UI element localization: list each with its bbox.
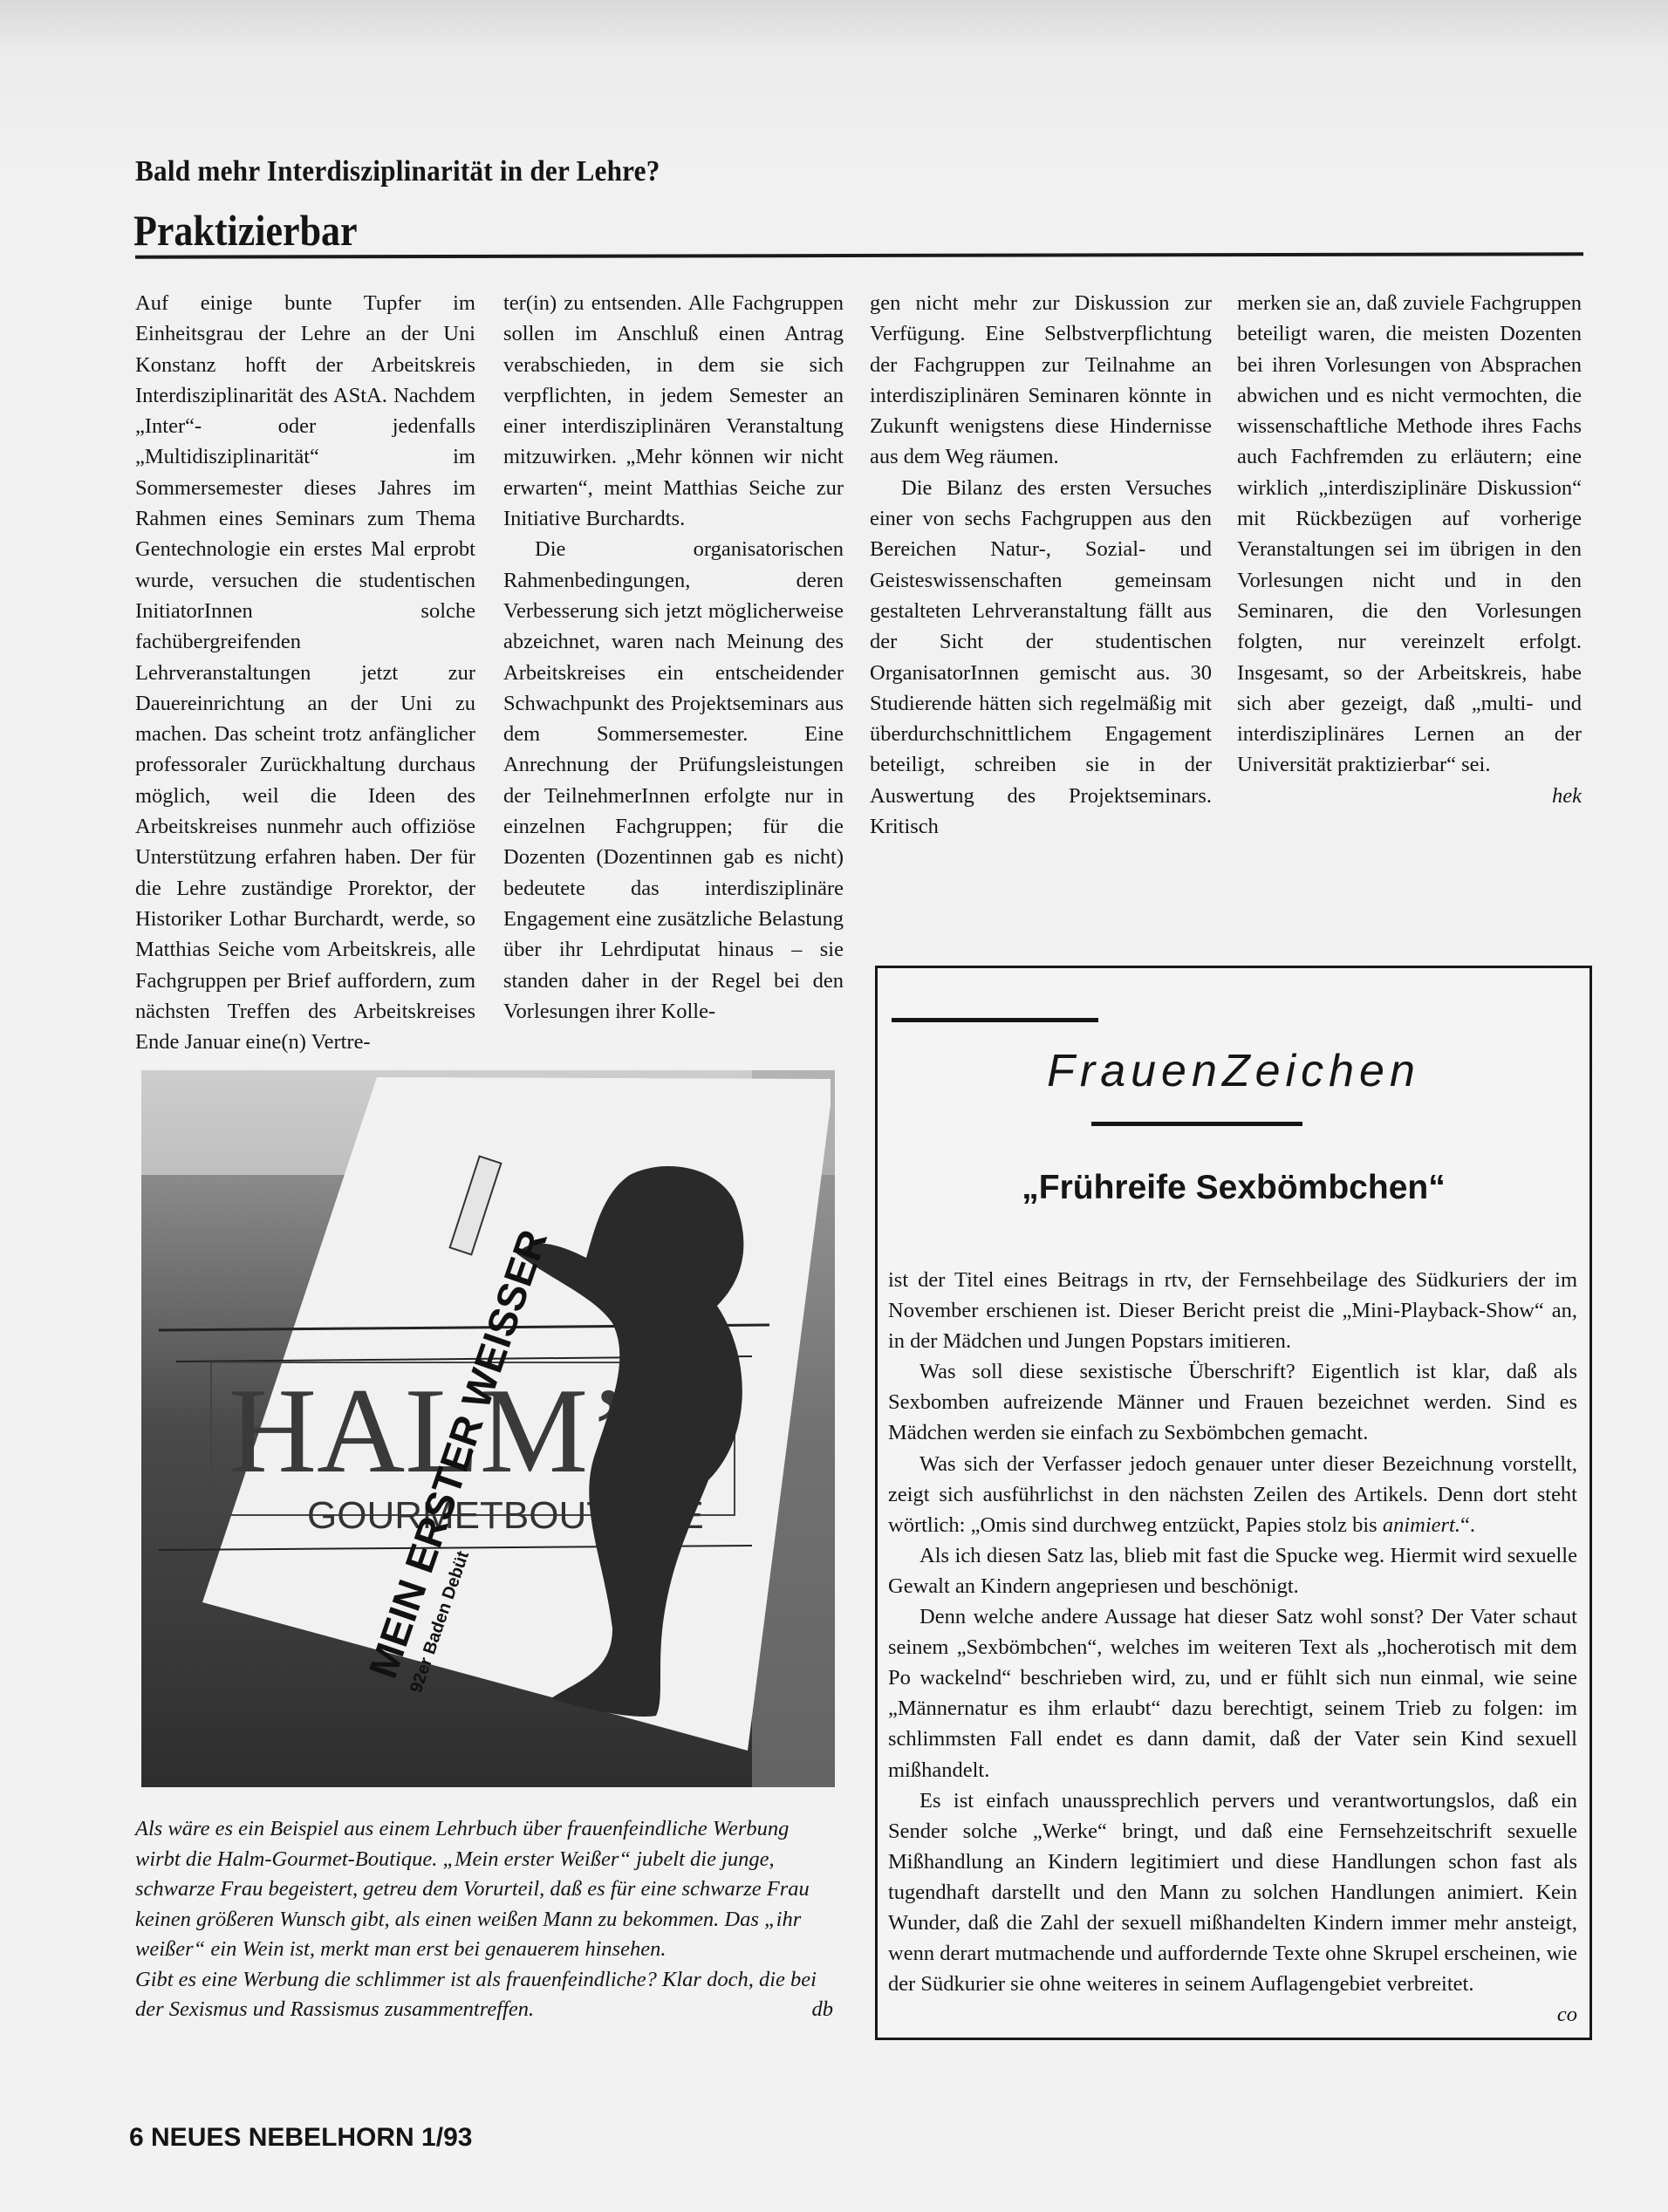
caption-signature: db [812, 1995, 834, 2025]
article-paragraph: Auf einige bunte Tupfer im Einheitsgrau … [135, 288, 475, 1057]
author-signature: hek [1237, 781, 1582, 811]
box-paragraph: ist der Titel eines Beitrags in rtv, der… [888, 1265, 1577, 1356]
article-headline: Praktizierbar [133, 205, 358, 256]
box-paragraph: Was soll diese sexistische Überschrift? … [888, 1356, 1577, 1448]
advertisement-photo: HALM’S GOURMETBOUTIQUE MEIN ERSTER WEISS… [141, 1070, 835, 1787]
decorative-bar-top [892, 1018, 1098, 1022]
article-column-2: ter(in) zu entsenden. Alle Fachgruppen s… [503, 288, 844, 1027]
article-paragraph: gen nicht mehr zur Diskussion zur Verfüg… [870, 288, 1212, 473]
article-paragraph: ter(in) zu entsenden. Alle Fachgruppen s… [503, 288, 844, 534]
box-paragraph: Was sich der Verfasser jedoch genauer un… [888, 1449, 1577, 1540]
article-column-4: merken sie an, daß zuviele Fachgruppen b… [1237, 288, 1582, 811]
page-footer: 6 NEUES NEBELHORN 1/93 [129, 2123, 472, 2153]
decorative-bar-bottom [1091, 1122, 1302, 1126]
box-paragraph-tail: “. [1460, 1513, 1475, 1537]
article-column-3: gen nicht mehr zur Diskussion zur Verfüg… [870, 288, 1212, 842]
caption-text-2: Gibt es eine Werbung die schlimmer ist a… [135, 1968, 817, 2022]
frauenzeichen-box: FrauenZeichen „Frühreife Sexbömbchen“ is… [875, 966, 1592, 2040]
section-title: FrauenZeichen [878, 1045, 1589, 1097]
article-paragraph: merken sie an, daß zuviele Fachgruppen b… [1237, 288, 1582, 781]
caption-text: Als wäre es ein Beispiel aus einem Lehrb… [135, 1814, 833, 1965]
article-paragraph: Die organisatorischen Rahmenbedingungen,… [503, 534, 844, 1027]
caption-closing: Gibt es eine Werbung die schlimmer ist a… [135, 1965, 833, 2025]
box-paragraph: Als ich diesen Satz las, blieb mit fast … [888, 1540, 1577, 1601]
box-signature: co [888, 1999, 1577, 2030]
box-headline: „Frühreife Sexbömbchen“ [878, 1169, 1589, 1207]
box-paragraph: Denn welche andere Aussage hat dieser Sa… [888, 1601, 1577, 1785]
photo-caption: Als wäre es ein Beispiel aus einem Lehrb… [135, 1814, 833, 2025]
photo-illustration: HALM’S GOURMETBOUTIQUE MEIN ERSTER WEISS… [141, 1070, 835, 1787]
article-column-1: Auf einige bunte Tupfer im Einheitsgrau … [135, 288, 475, 1057]
box-paragraph: Es ist einfach unaussprechlich pervers u… [888, 1785, 1577, 2000]
box-paragraph-italic: animiert. [1383, 1513, 1460, 1537]
article-kicker: Bald mehr Interdisziplinarität in der Le… [135, 155, 660, 188]
article-paragraph: Die Bilanz des ersten Versuches einer vo… [870, 473, 1212, 843]
newspaper-page: Bald mehr Interdisziplinarität in der Le… [0, 0, 1668, 2212]
box-text: ist der Titel eines Beitrags in rtv, der… [888, 1265, 1577, 2030]
